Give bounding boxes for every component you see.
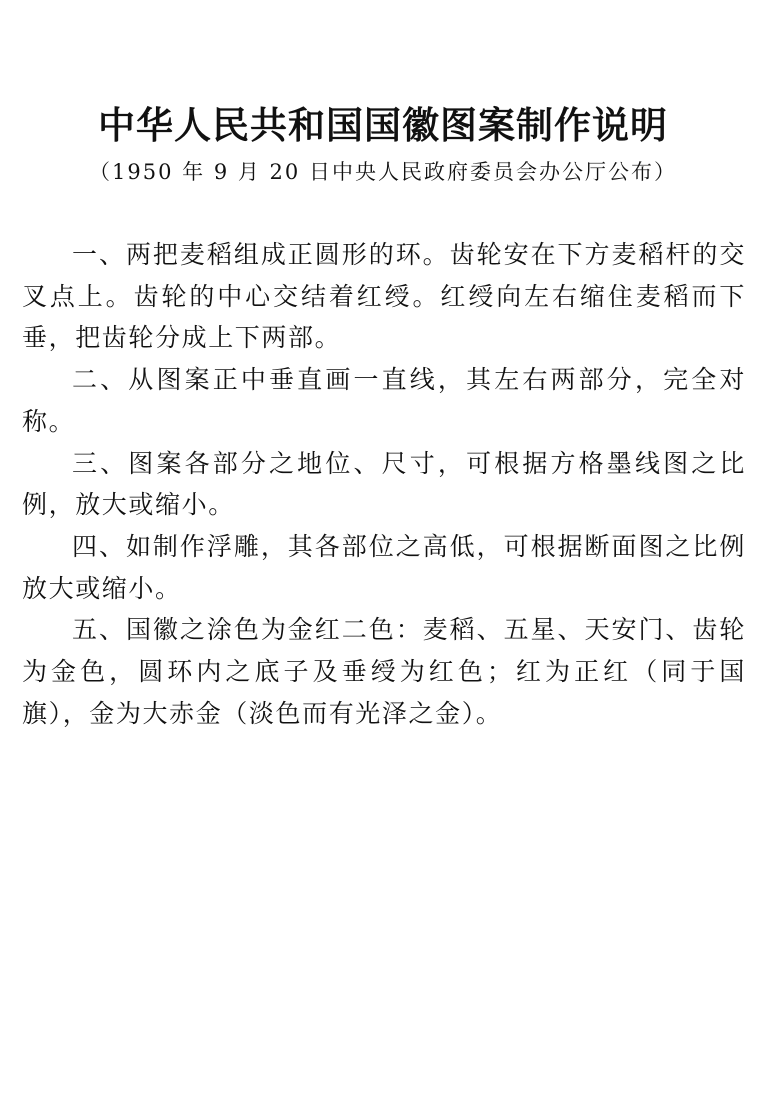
document-body: 一、两把麦稻组成正圆形的环。齿轮安在下方麦稻杆的交叉点上。齿轮的中心交结着红绶。… xyxy=(22,234,746,734)
document-page: 中华人民共和国国徽图案制作说明 （1950 年 9 月 20 日中央人民政府委员… xyxy=(0,0,766,1109)
paragraph-4: 四、如制作浮雕，其各部位之高低，可根据断面图之比例放大或缩小。 xyxy=(22,526,746,609)
paragraph-5: 五、国徽之涂色为金红二色：麦稻、五星、天安门、齿轮为金色，圆环内之底子及垂绶为红… xyxy=(22,609,746,734)
document-title: 中华人民共和国国徽图案制作说明 xyxy=(0,100,766,150)
paragraph-2: 二、从图案正中垂直画一直线，其左右两部分，完全对称。 xyxy=(22,359,746,442)
paragraph-1: 一、两把麦稻组成正圆形的环。齿轮安在下方麦稻杆的交叉点上。齿轮的中心交结着红绶。… xyxy=(22,234,746,359)
document-subtitle: （1950 年 9 月 20 日中央人民政府委员会办公厅公布） xyxy=(0,156,766,188)
paragraph-3: 三、图案各部分之地位、尺寸，可根据方格墨线图之比例，放大或缩小。 xyxy=(22,443,746,526)
